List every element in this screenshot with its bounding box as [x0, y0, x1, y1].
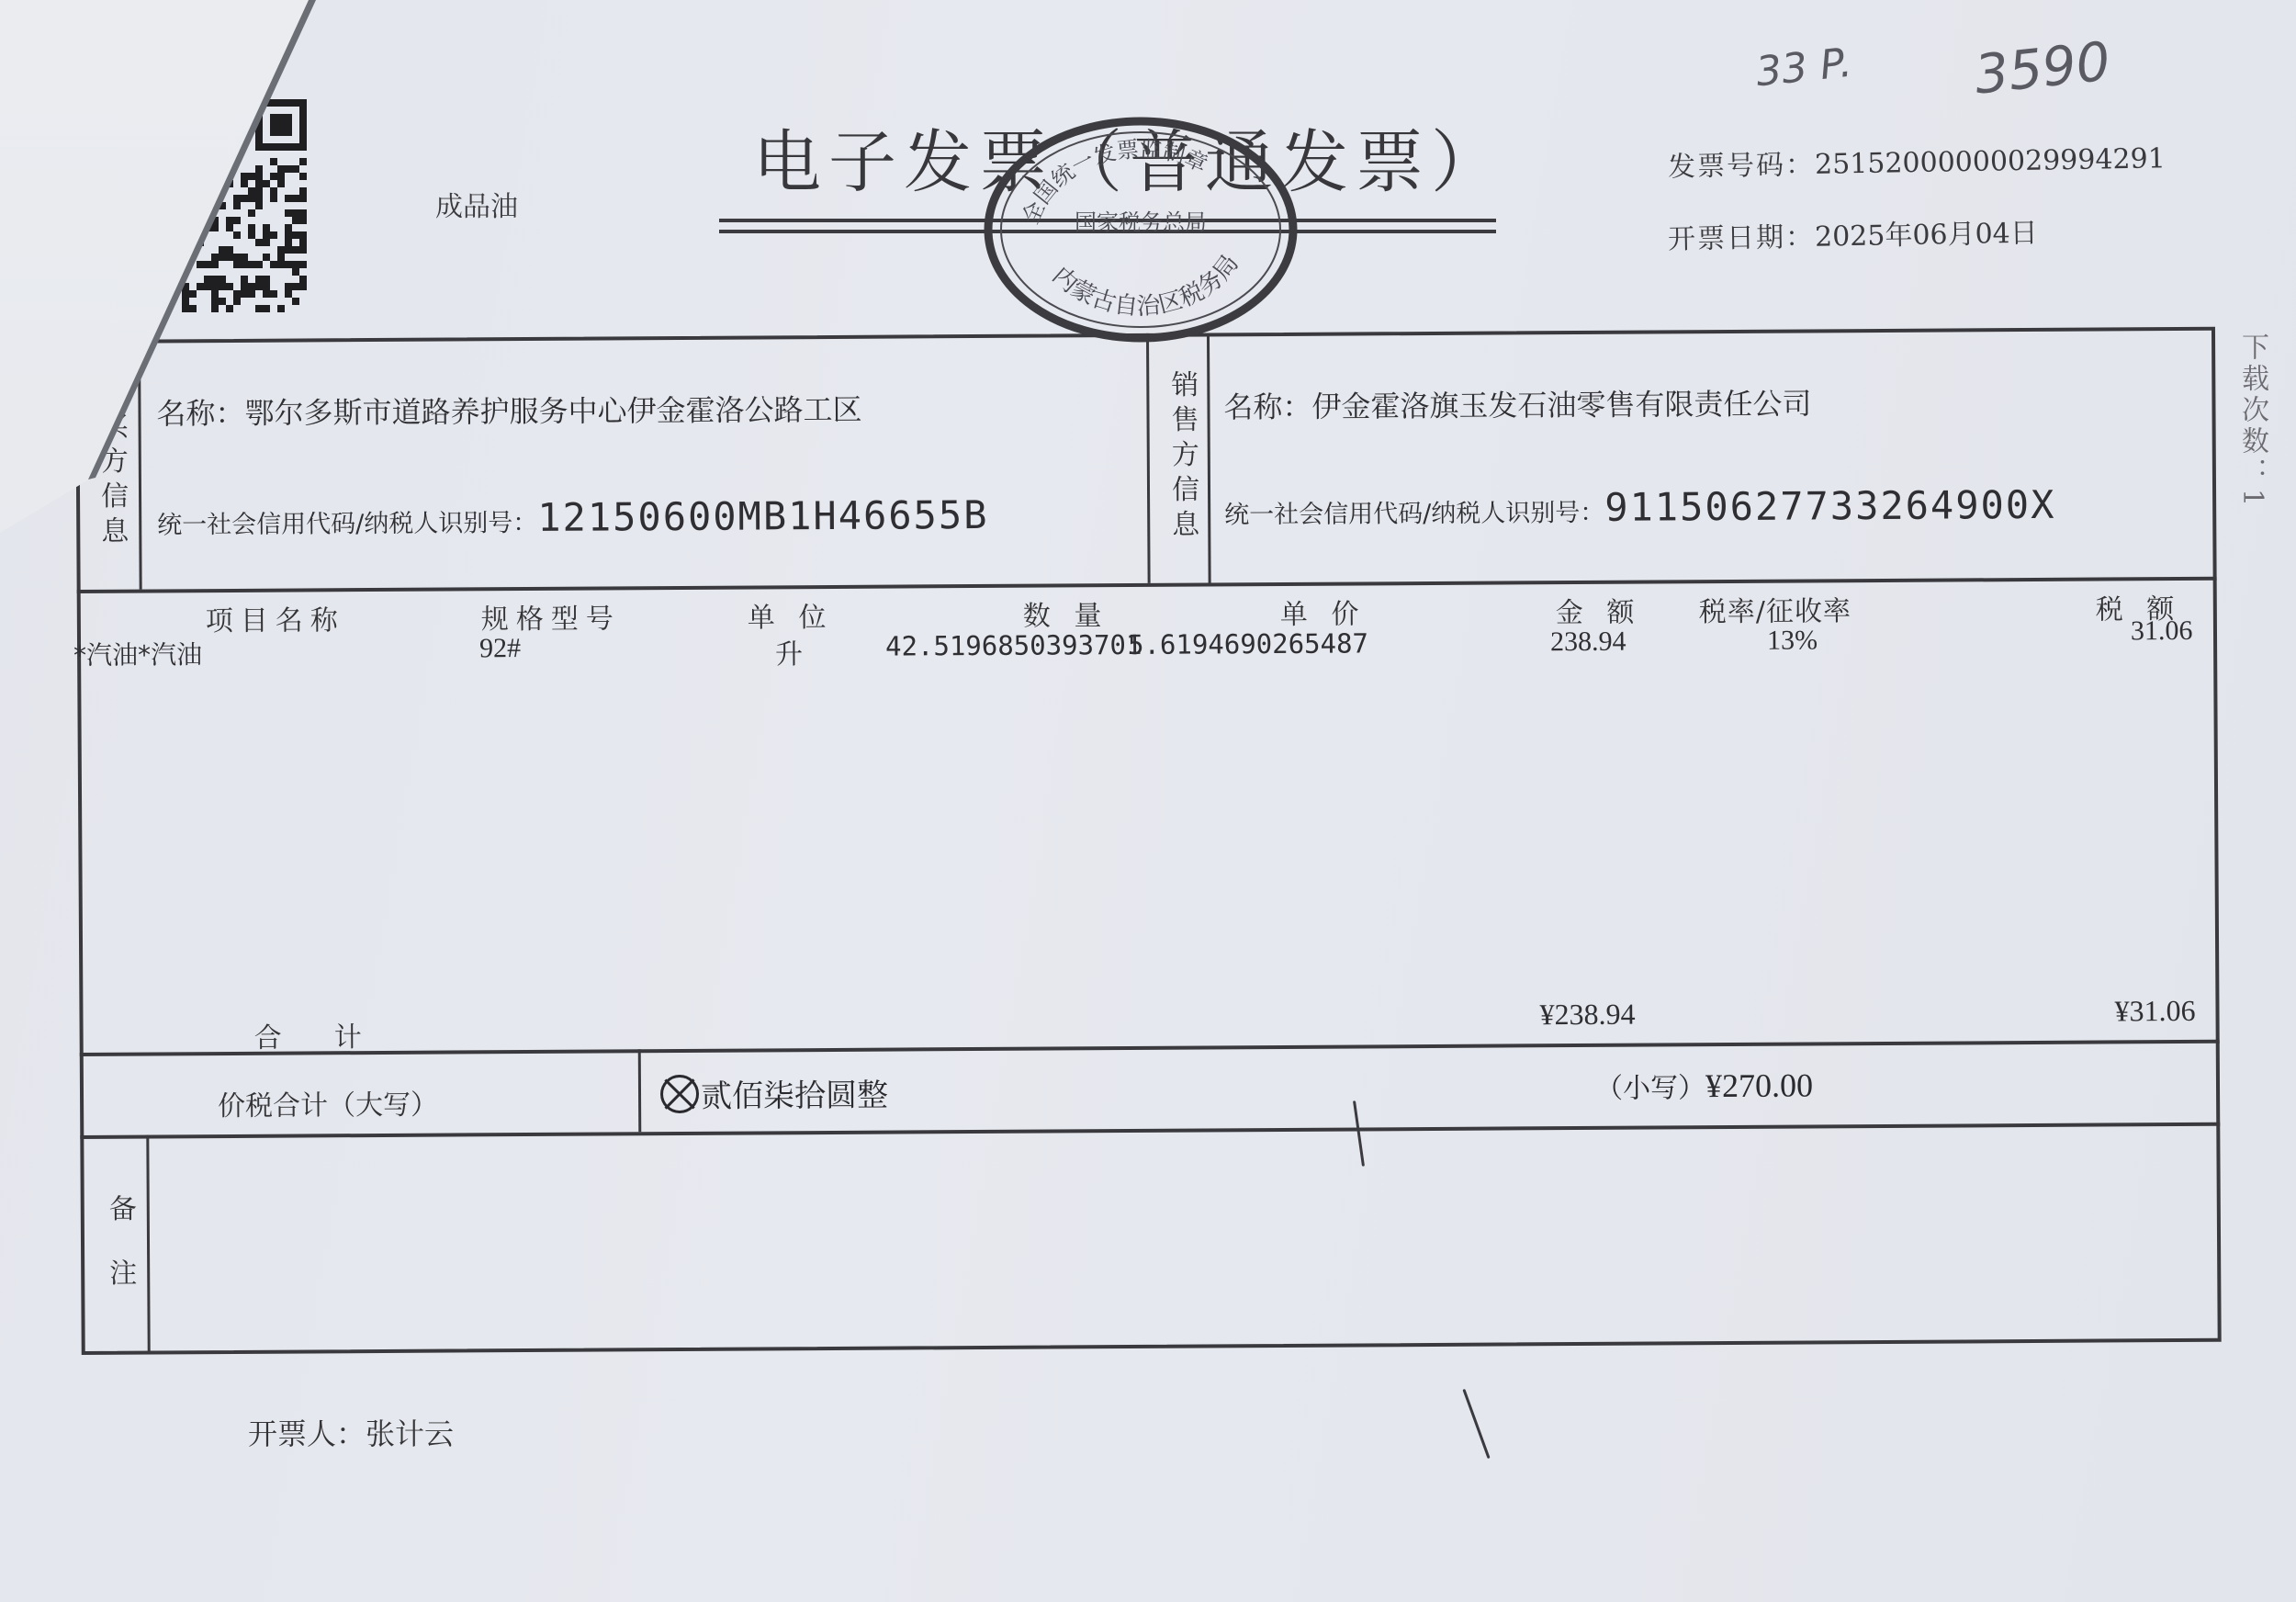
remarks-label: 备注 [99, 1194, 141, 1323]
row-unit: 升 [775, 631, 803, 671]
column-header-amount: 金 额 [1556, 590, 1642, 631]
column-header-tax-rate: 税率/征收率 [1699, 588, 1851, 629]
svg-text:内蒙古自治区税务局: 内蒙古自治区税务局 [1047, 250, 1244, 321]
grand-total-figure: （小写）¥270.00 [1595, 1064, 1813, 1105]
seal-bottom-text: 内蒙古自治区税务局 [1047, 250, 1244, 321]
cross-circle-icon [660, 1074, 699, 1112]
row-item-name: *汽油*汽油 [73, 635, 202, 672]
seller-tax-id-value: 91150627733264900X [1604, 482, 2055, 530]
issuer-name: 张计云 [366, 1416, 454, 1451]
column-header-unit-price: 单 价 [1280, 591, 1367, 632]
row-tax: 31.06 [2131, 615, 2193, 647]
download-count: 下载次数：1 [2232, 333, 2272, 510]
seller-name: 名称：伊金霍洛旗玉发石油零售有限责任公司 [1223, 380, 1811, 426]
seller-name-label: 名称： [1223, 389, 1311, 425]
seller-section-label: 销售方信息 [1161, 370, 1202, 545]
issuer: 开票人：张计云 [248, 1411, 454, 1453]
grand-total-words-value: 贰佰柒拾圆整 [701, 1070, 888, 1116]
buyer-tax-id-value: 12150600MB1H46655B [537, 492, 988, 540]
invoice-number-value: 25152000000029994291 [1815, 142, 2166, 181]
row-spec: 92# [479, 633, 521, 664]
issue-date-value: 2025年06月04日 [1815, 217, 2038, 253]
seller-name-value: 伊金霍洛旗玉发石油零售有限责任公司 [1311, 386, 1811, 423]
row-unit-price: 5.6194690265487 [1128, 627, 1368, 660]
row-quantity: 42.5196850393701 [885, 629, 1142, 662]
buyer-tax-id: 统一社会信用代码/纳税人识别号：12150600MB1H46655B [157, 492, 989, 543]
total-amount: ¥238.94 [1539, 998, 1635, 1032]
seller-tax-id: 统一社会信用代码/纳税人识别号：91150627733264900X [1224, 482, 2056, 533]
buyer-tax-id-label: 统一社会信用代码/纳税人识别号： [157, 509, 537, 540]
grand-total-figure-label: （小写） [1595, 1073, 1705, 1104]
invoice-table: 购买方信息 名称：鄂尔多斯市道路养护服务中心伊金霍洛公路工区 统一社会信用代码/… [75, 327, 2222, 1355]
buyer-name-label: 名称： [156, 396, 244, 432]
column-header-quantity: 数 量 [1023, 592, 1109, 634]
invoice-number-label: 发票号码： [1668, 149, 1816, 184]
grand-total-divider [638, 1049, 642, 1132]
issue-date-label: 开票日期： [1668, 221, 1816, 256]
grand-total-words: 贰佰柒拾圆整 [660, 1070, 888, 1117]
column-header-spec: 规格型号 [481, 595, 621, 637]
official-seal-stamp: 全国统一发票监制章 国家税务总局 内蒙古自治区税务局 [979, 108, 1302, 347]
buyer-name: 名称：鄂尔多斯市道路养护服务中心伊金霍洛公路工区 [156, 387, 861, 434]
seal-center-text: 国家税务总局 [1075, 209, 1207, 235]
total-label: 合 计 [253, 1014, 361, 1055]
total-tax: ¥31.06 [2114, 994, 2195, 1029]
invoice-category: 成品油 [435, 184, 518, 224]
issuer-label: 开票人： [248, 1416, 366, 1451]
grand-total-label: 价税合计（大写） [218, 1082, 438, 1123]
seller-tax-id-label: 统一社会信用代码/纳税人识别号： [1224, 499, 1604, 530]
buyer-name-value: 鄂尔多斯市道路养护服务中心伊金霍洛公路工区 [244, 392, 861, 431]
handwritten-note-1: 33 P. [1754, 39, 1854, 96]
column-header-item-name: 项目名称 [206, 597, 345, 638]
column-header-unit: 单 位 [748, 594, 834, 636]
grand-total-figure-value: ¥270.00 [1705, 1066, 1813, 1104]
issue-date: 开票日期：2025年06月04日 [1668, 209, 2038, 256]
row-tax-rate: 13% [1767, 625, 1818, 656]
row-amount: 238.94 [1550, 626, 1626, 659]
